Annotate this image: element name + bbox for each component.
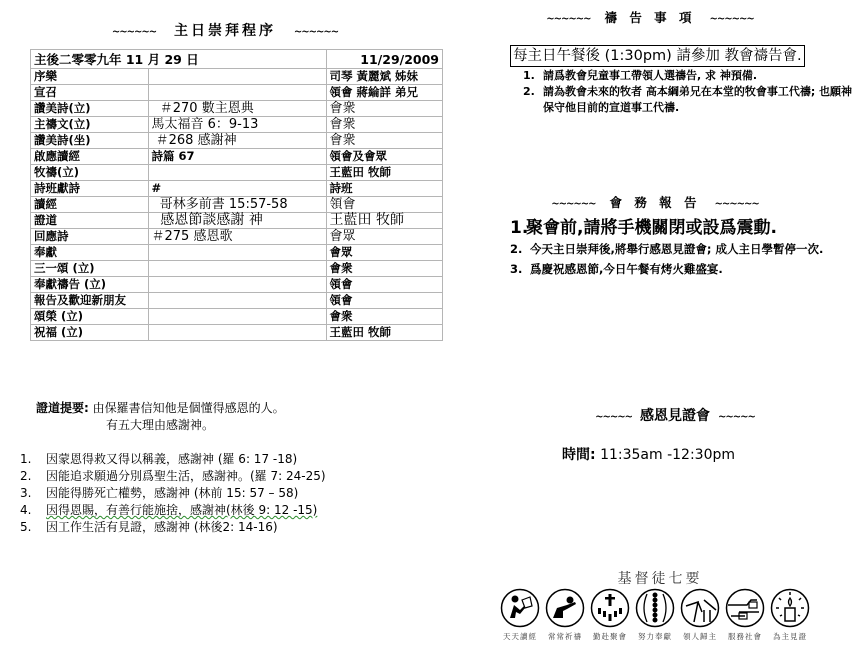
worship-order-title: ~~~~~~ 主日崇拜程序 ~~~~~~ bbox=[0, 20, 450, 40]
prayer-meeting-notice: 每主日午餐後 (1:30pm) 請參加 教會禱告會. bbox=[510, 45, 805, 67]
table-row: 詩班獻詩#詩班 bbox=[31, 181, 443, 197]
program-item: 主禱文(立) bbox=[31, 117, 149, 133]
program-leader: 會衆 bbox=[326, 117, 442, 133]
table-row: 證道 感恩節談感謝 神王藍田 牧師 bbox=[31, 213, 443, 229]
program-content bbox=[148, 261, 326, 277]
candle-witness-icon bbox=[770, 588, 810, 628]
serving-hands-icon bbox=[725, 588, 765, 628]
time-value: 11:35am -12:30pm bbox=[600, 447, 735, 463]
list-item: 3.因能得勝死亡權勢，感謝神 (林前 15: 57 – 58) bbox=[20, 485, 326, 502]
news-section-title: ~~~~~~會 務 報 告~~~~~~ bbox=[505, 193, 805, 211]
flourish-decoration: ~~~~~ bbox=[595, 412, 632, 423]
program-content bbox=[148, 309, 326, 325]
list-item: 2.請為教會未來的牧者 高本綱弟兄在本堂的牧會事工代禱; 也願神保守他目前的宣道… bbox=[523, 84, 853, 116]
list-item: 5.因工作生活有見證，感謝神 (林後2: 14-16) bbox=[20, 519, 326, 536]
program-leader: 會衆 bbox=[326, 309, 442, 325]
table-row: 祝福 (立)王藍田 牧師 bbox=[31, 325, 443, 341]
program-content: 哥林多前書 15:57-58 bbox=[148, 197, 326, 213]
program-leader: 領會 bbox=[326, 277, 442, 293]
program-content: 詩篇 67 bbox=[148, 149, 326, 165]
program-item: 三一頌 (立) bbox=[31, 261, 149, 277]
program-leader: 王藍田 牧師 bbox=[326, 165, 442, 181]
fish-offering-icon bbox=[635, 588, 675, 628]
date-numeric: 11/29/2009 bbox=[326, 50, 442, 69]
flourish-decoration: ~~~~~~ bbox=[710, 14, 754, 25]
list-item: 1.請爲教會兒童事工帶領人選禱告, 求 神預備. bbox=[523, 68, 853, 84]
table-row: 頌榮 (立)會衆 bbox=[31, 309, 443, 325]
program-leader: 會衆 bbox=[326, 133, 442, 149]
program-leader: 詩班 bbox=[326, 181, 442, 197]
list-item: 4.因得恩賜，有善行能施捨，感謝神(林後 9: 12 -15) bbox=[20, 502, 326, 519]
program-item: 祝福 (立) bbox=[31, 325, 149, 341]
sermon-label: 證道提要: bbox=[36, 401, 89, 415]
worship-order-rows: 序樂司琴 黃麗斌 姊妹宣召領會 蔣綸詳 弟兄讚美詩(立) ＃270 數主恩典會衆… bbox=[31, 69, 443, 341]
program-leader: 會眾 bbox=[326, 245, 442, 261]
news-items-list: 1.聚會前,請將手機關閉或設爲震動. 2.今天主日崇拜後,將舉行感恩見證會; 成… bbox=[510, 215, 850, 277]
program-content: # bbox=[148, 181, 326, 197]
worship-title-text: 主日崇拜程序 bbox=[174, 23, 276, 39]
program-item: 頌榮 (立) bbox=[31, 309, 149, 325]
program-content: ＃270 數主恩典 bbox=[148, 101, 326, 117]
program-item: 讚美詩(坐) bbox=[31, 133, 149, 149]
list-item: 1.聚會前,請將手機關閉或設爲震動. bbox=[510, 215, 850, 241]
program-item: 序樂 bbox=[31, 69, 149, 85]
program-content bbox=[148, 165, 326, 181]
table-header-row: 主後二零零九年 11 月 29 日 11/29/2009 bbox=[31, 50, 443, 69]
praying-icon bbox=[545, 588, 585, 628]
program-leader: 領會 蔣綸詳 弟兄 bbox=[326, 85, 442, 101]
table-row: 讚美詩(立) ＃270 數主恩典會衆 bbox=[31, 101, 443, 117]
program-content bbox=[148, 293, 326, 309]
list-item: 2.因能追求願過分別爲聖生活，感謝神。(羅 7: 24-25) bbox=[20, 468, 326, 485]
program-item: 宣召 bbox=[31, 85, 149, 101]
program-leader: 領會 bbox=[326, 293, 442, 309]
program-item: 牧禱(立) bbox=[31, 165, 149, 181]
table-row: 回應詩＃275 感恩歌會眾 bbox=[31, 229, 443, 245]
seven-essentials-title: 基督徒七要 bbox=[495, 568, 825, 588]
program-item: 奉獻禱告 (立) bbox=[31, 277, 149, 293]
essential-item: 服務社會 bbox=[725, 588, 765, 642]
sermon-line-1: 由保羅書信知他是個懂得感恩的人。 bbox=[93, 401, 285, 415]
program-leader: 會衆 bbox=[326, 101, 442, 117]
table-row: 三一頌 (立)會衆 bbox=[31, 261, 443, 277]
essential-item: 常常祈禱 bbox=[545, 588, 585, 642]
table-row: 啟應讀經詩篇 67領會及會眾 bbox=[31, 149, 443, 165]
flourish-decoration: ~~~~~~ bbox=[551, 199, 595, 210]
essential-item: 為主見證 bbox=[770, 588, 810, 642]
flourish-decoration: ~~~~~~ bbox=[715, 199, 759, 210]
table-row: 讚美詩(坐) ＃268 感謝神會衆 bbox=[31, 133, 443, 149]
table-row: 奉獻禱告 (立)領會 bbox=[31, 277, 443, 293]
program-item: 證道 bbox=[31, 213, 149, 229]
sermon-line-2: 有五大理由感謝神。 bbox=[36, 417, 285, 434]
program-item: 奉獻 bbox=[31, 245, 149, 261]
program-content bbox=[148, 325, 326, 341]
worship-order-table: 主後二零零九年 11 月 29 日 11/29/2009 序樂司琴 黃麗斌 姊妹… bbox=[30, 49, 443, 341]
flourish-decoration: ~~~~~~ bbox=[546, 14, 590, 25]
table-row: 主禱文(立)馬太福音 6：9-13會衆 bbox=[31, 117, 443, 133]
program-item: 讀經 bbox=[31, 197, 149, 213]
program-content: ＃275 感恩歌 bbox=[148, 229, 326, 245]
leading-to-lord-icon bbox=[680, 588, 720, 628]
program-item: 詩班獻詩 bbox=[31, 181, 149, 197]
essential-item: 努力奉獻 bbox=[635, 588, 675, 642]
list-item: 3.爲慶祝感恩節,今日午餐有烤火雞盛宴. bbox=[510, 261, 850, 277]
list-item: 1.因蒙恩得救又得以稱義，感謝神 (羅 6: 17 -18) bbox=[20, 451, 326, 468]
sermon-reasons-list: 1.因蒙恩得救又得以稱義，感謝神 (羅 6: 17 -18) 2.因能追求願過分… bbox=[20, 451, 326, 536]
program-leader: 司琴 黃麗斌 姊妹 bbox=[326, 69, 442, 85]
program-item: 啟應讀經 bbox=[31, 149, 149, 165]
table-row: 序樂司琴 黃麗斌 姊妹 bbox=[31, 69, 443, 85]
congregation-cross-icon bbox=[590, 588, 630, 628]
table-row: 讀經 哥林多前書 15:57-58領會 bbox=[31, 197, 443, 213]
program-content bbox=[148, 69, 326, 85]
essential-item: 天天讀經 bbox=[500, 588, 540, 642]
reading-bible-icon bbox=[500, 588, 540, 628]
seven-essentials-icons: 天天讀經 常常祈禱 勤赴聚會 努力奉獻 領人歸主 服務社會 為主見證 bbox=[500, 588, 810, 642]
program-item: 讚美詩(立) bbox=[31, 101, 149, 117]
program-content: 感恩節談感謝 神 bbox=[148, 213, 326, 229]
program-content bbox=[148, 85, 326, 101]
essential-item: 領人歸主 bbox=[680, 588, 720, 642]
program-leader: 王藍田 牧師 bbox=[326, 325, 442, 341]
table-row: 牧禱(立)王藍田 牧師 bbox=[31, 165, 443, 181]
table-row: 宣召領會 蔣綸詳 弟兄 bbox=[31, 85, 443, 101]
testimony-section-title: ~~~~~感恩見證會~~~~~ bbox=[530, 405, 820, 425]
sermon-summary: 證道提要: 由保羅書信知他是個懂得感恩的人。 有五大理由感謝神。 bbox=[36, 400, 285, 434]
essential-item: 勤赴聚會 bbox=[590, 588, 630, 642]
program-leader: 會眾 bbox=[326, 229, 442, 245]
program-content bbox=[148, 245, 326, 261]
program-content bbox=[148, 277, 326, 293]
program-leader: 王藍田 牧師 bbox=[326, 213, 442, 229]
program-leader: 領會及會眾 bbox=[326, 149, 442, 165]
date-chinese: 主後二零零九年 11 月 29 日 bbox=[31, 50, 327, 69]
flourish-decoration: ~~~~~ bbox=[718, 412, 755, 423]
table-row: 報告及歡迎新朋友領會 bbox=[31, 293, 443, 309]
program-content: 馬太福音 6：9-13 bbox=[148, 117, 326, 133]
flourish-decoration: ~~~~~~ bbox=[112, 27, 156, 38]
program-item: 回應詩 bbox=[31, 229, 149, 245]
testimony-time: 時間: 11:35am -12:30pm bbox=[562, 444, 735, 464]
flourish-decoration: ~~~~~~ bbox=[294, 27, 338, 38]
program-content: ＃268 感謝神 bbox=[148, 133, 326, 149]
list-item: 2.今天主日崇拜後,將舉行感恩見證會; 成人主日學暫停一次. bbox=[510, 241, 850, 257]
time-label: 時間: bbox=[562, 447, 596, 463]
program-leader: 會衆 bbox=[326, 261, 442, 277]
prayer-items-list: 1.請爲教會兒童事工帶領人選禱告, 求 神預備. 2.請為教會未來的牧者 高本綱… bbox=[523, 68, 853, 116]
prayer-section-title: ~~~~~~禱 告 事 項~~~~~~ bbox=[500, 8, 800, 26]
program-leader: 領會 bbox=[326, 197, 442, 213]
table-row: 奉獻會眾 bbox=[31, 245, 443, 261]
program-item: 報告及歡迎新朋友 bbox=[31, 293, 149, 309]
